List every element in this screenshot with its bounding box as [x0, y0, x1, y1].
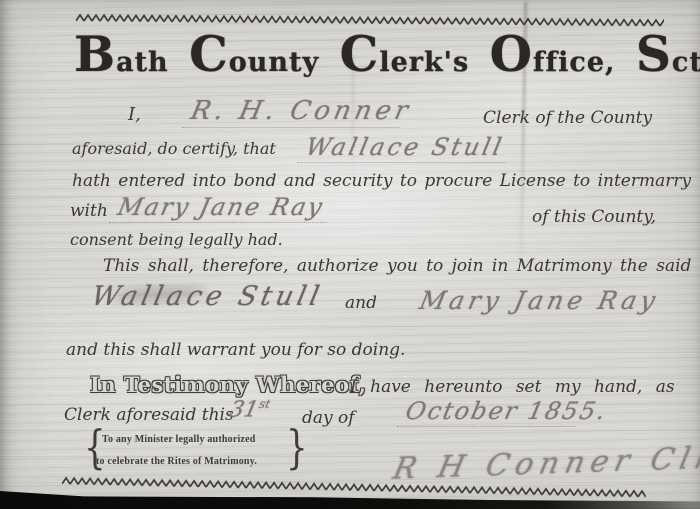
groom-name-repeat-handwritten: Wallace Stull	[89, 281, 326, 312]
printed-text-testimony: In Testimony Whereof,	[90, 372, 367, 397]
day-number: 31	[227, 397, 260, 422]
printed-text-authorize: This shall, therefore, authorize you to …	[103, 256, 691, 276]
title-word: Office,	[490, 26, 616, 83]
printed-text-warrant: and this shall warrant you for so doing.	[66, 340, 405, 360]
printed-text-aforesaid: aforesaid, do certify, that	[72, 139, 276, 158]
date-handwritten: October 1855.	[397, 397, 581, 427]
printed-text-with: with	[70, 201, 108, 221]
title-word: Sct:	[636, 26, 700, 83]
printed-text-set-hand: I have hereunto set my hand, as	[350, 377, 675, 397]
printed-text-consent: consent being legally had.	[70, 230, 283, 249]
printed-text-bond: hath entered into bond and security to p…	[72, 171, 691, 191]
bride-name-handwritten: Mary Jane Ray	[109, 193, 333, 223]
title-word: Bath	[74, 26, 169, 83]
printed-text-i: I,	[128, 104, 141, 125]
title-word: Clerk's	[340, 26, 470, 83]
printed-text-and: and	[345, 293, 377, 313]
printed-text-day-of: day of	[302, 408, 355, 428]
minister-note-line1: To any Minister legally authorized	[102, 434, 255, 445]
note-brace-right: }	[286, 421, 308, 475]
document-scan: Bath County Clerk's Office, Sct: I, R. H…	[0, 0, 700, 509]
minister-note-line2: to celebrate the Rites of Matrimony.	[96, 456, 257, 467]
bride-name-repeat-handwritten: Mary Jane Ray	[417, 286, 662, 315]
groom-name-handwritten: Wallace Stull	[297, 133, 511, 163]
clerk-signature-handwritten: R H Conner Clk	[390, 440, 700, 486]
clerk-name-handwritten: R. H. Conner	[182, 96, 407, 128]
printed-text-clerk-of-county: Clerk of the County	[483, 108, 652, 128]
day-handwritten: 31st	[227, 397, 271, 422]
page-title: Bath County Clerk's Office, Sct:	[74, 26, 684, 83]
day-suffix: st	[258, 397, 272, 411]
printed-text-of-this-county: of this County,	[532, 207, 656, 227]
title-word: County	[189, 26, 319, 83]
